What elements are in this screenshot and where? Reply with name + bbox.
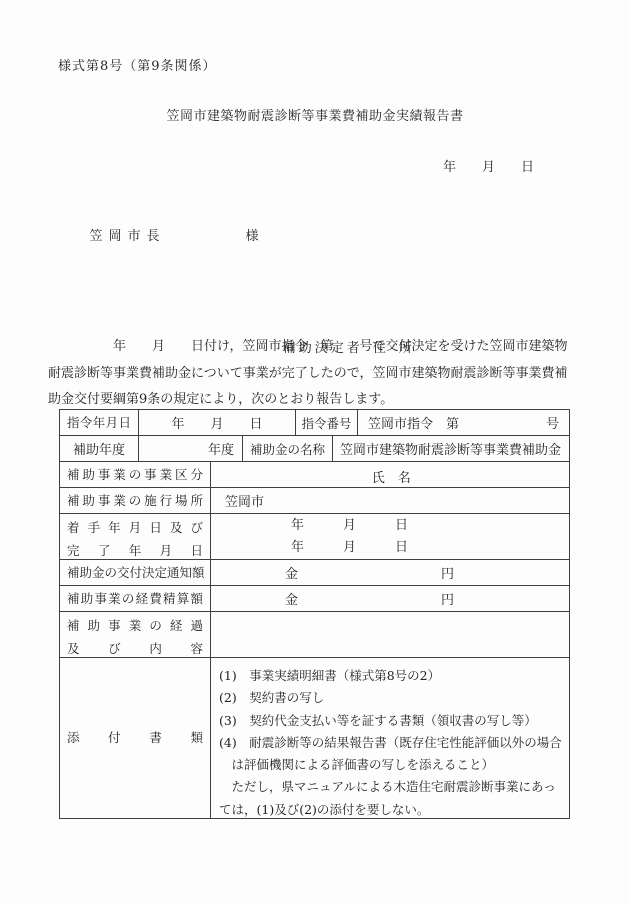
project-category-label: 補助事業の事業区分 [60, 462, 210, 487]
directive-date-label: 指令年月日 [60, 410, 138, 435]
table-row-subsidy-year: 補助年度 年度 補助金の名称 笠岡市建築物耐震診断等事業費補助金 [60, 436, 569, 462]
directive-number-value-cell: 笠岡市指令 第 号 [358, 410, 569, 435]
table-row-directive-date: 指令年月日 年 月 日 指令番号 笠岡市指令 第 号 [60, 410, 569, 436]
addressee-name: 笠岡市長 [90, 229, 166, 244]
date-line: 年 月 日 [443, 156, 534, 175]
start-end-date-value-cell: 年 月 日 年 月 日 [211, 514, 569, 559]
directive-number-label: 指令番号 [301, 414, 351, 432]
addressee-honorific: 様 [246, 229, 259, 244]
expense-settlement-label: 補助事業の経費精算額 [60, 586, 210, 611]
table-row-grant-decision-amount: 補助金の交付決定通知額 金 円 [60, 560, 569, 586]
start-end-date-value: 年 月 日 年 月 日 [211, 514, 408, 559]
project-location-label: 補助事業の施行場所 [60, 488, 210, 513]
directive-date-value-cell: 年 月 日 [139, 410, 296, 435]
subsidy-year-label: 補助年度 [73, 439, 125, 458]
body-paragraph: 年 月 日付け，笠岡市指令 第 号で交付決定を受けた笠岡市建築物 耐震診断等事業… [48, 334, 608, 414]
subsidy-year-label-cell: 補助年度 [60, 436, 139, 461]
project-progress-label-cell: 補助事業の経過 及び内容 [60, 612, 211, 657]
directive-date-label-cell: 指令年月日 [60, 410, 139, 435]
directive-number-label-cell: 指令番号 [296, 410, 358, 435]
start-end-date-label-cell: 着手年月日及び 完了年月日 [60, 514, 211, 559]
project-location-value-cell: 笠岡市 [211, 488, 569, 513]
subsidy-year-value: 年度 [208, 439, 234, 458]
project-progress-value-cell [211, 612, 569, 657]
report-table: 指令年月日 年 月 日 指令番号 笠岡市指令 第 号 補助年度 年度 補助金の名… [59, 409, 570, 819]
directive-number-suffix: 号 [546, 413, 559, 432]
project-category-label-cell: 補助事業の事業区分 [60, 462, 211, 487]
directive-date-value: 年 月 日 [171, 413, 262, 432]
document-title: 笠岡市建築物耐震診断等事業費補助金実績報告書 [0, 105, 630, 124]
expense-settlement-label-cell: 補助事業の経費精算額 [60, 586, 211, 611]
table-row-expense-settlement-amount: 補助事業の経費精算額 金 円 [60, 586, 569, 612]
project-category-value-cell [211, 462, 569, 487]
expense-settlement-value: 金 円 [285, 589, 454, 608]
document-page: 様式第8号（第9条関係） 笠岡市建築物耐震診断等事業費補助金実績報告書 年 月 … [0, 0, 630, 903]
subsidy-year-value-cell: 年度 [139, 436, 243, 461]
table-row-attachments: 添付書類 (1) 事業実績明細書（様式第8号の2） (2) 契約書の写し (3)… [60, 658, 569, 818]
subsidy-name-label: 補助金の名称 [250, 440, 325, 458]
project-location-label-cell: 補助事業の施行場所 [60, 488, 211, 513]
project-progress-label: 補助事業の経過 及び内容 [60, 612, 210, 657]
table-row-project-category: 補助事業の事業区分 [60, 462, 569, 488]
subsidy-name-label-cell: 補助金の名称 [243, 436, 333, 461]
attachments-value-cell: (1) 事業実績明細書（様式第8号の2） (2) 契約書の写し (3) 契約代金… [211, 658, 569, 818]
project-location-value: 笠岡市 [225, 491, 264, 510]
subsidy-name-value-cell: 笠岡市建築物耐震診断等事業費補助金 [333, 436, 569, 461]
expense-settlement-value-cell: 金 円 [211, 586, 569, 611]
addressee-row: 笠岡市長様 [73, 210, 259, 259]
table-row-project-progress: 補助事業の経過 及び内容 [60, 612, 569, 658]
grant-decision-amount-value: 金 円 [285, 563, 454, 582]
form-number: 様式第8号（第9条関係） [58, 55, 217, 74]
grant-decision-amount-label: 補助金の交付決定通知額 [60, 560, 211, 585]
table-row-start-end-date: 着手年月日及び 完了年月日 年 月 日 年 月 日 [60, 514, 569, 560]
attachments-label-cell: 添付書類 [60, 658, 211, 818]
start-end-date-label: 着手年月日及び 完了年月日 [60, 514, 210, 559]
grant-decision-amount-value-cell: 金 円 [211, 560, 569, 585]
grant-decision-amount-label-cell: 補助金の交付決定通知額 [60, 560, 211, 585]
directive-number-prefix: 笠岡市指令 第 [368, 413, 459, 432]
subsidy-name-value: 笠岡市建築物耐震診断等事業費補助金 [333, 439, 561, 458]
attachments-label: 添付書類 [60, 730, 210, 746]
attachments-list: (1) 事業実績明細書（様式第8号の2） (2) 契約書の写し (3) 契約代金… [211, 658, 568, 818]
table-row-project-location: 補助事業の施行場所 笠岡市 [60, 488, 569, 514]
